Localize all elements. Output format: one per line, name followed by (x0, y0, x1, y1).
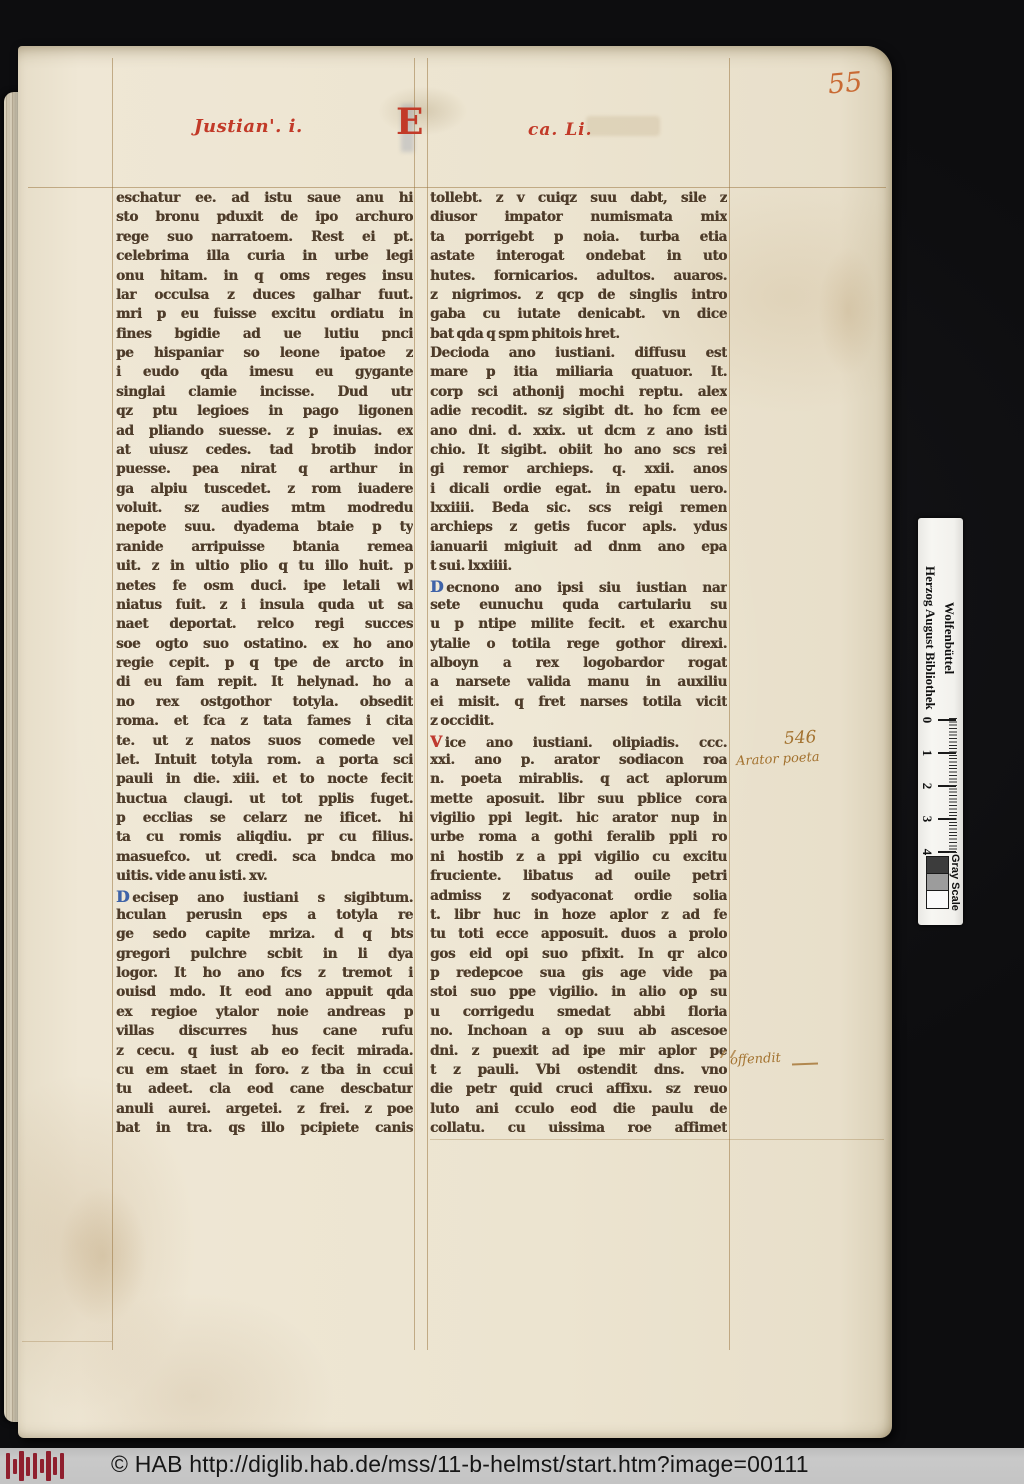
text-line: sto bronu pduxit de ipo archuro (116, 208, 413, 227)
ruler-number: 3 (919, 812, 935, 826)
text-line: regie cepit. p q tpe de arcto in (116, 654, 413, 673)
caption-text: © HAB http://diglib.hab.de/mss/11-b-helm… (111, 1451, 809, 1478)
text-line: fruciente. libatus ad ouile petri (430, 867, 727, 886)
logo-bar (26, 1457, 30, 1476)
text-line: onu hitam. in q oms reges insu (116, 267, 413, 286)
ruling-line-vertical (414, 58, 415, 1350)
ruler-number: 2 (919, 779, 935, 793)
text-line: fines bgidie ad ue lutiu pnci (116, 325, 413, 344)
ruler-number: 0 (919, 713, 935, 727)
text-line: ianuarii migiuit ad dnm ano epa (430, 538, 727, 557)
text-line: chio. It sigibt. obiit ho ano scs rei (430, 441, 727, 460)
logo-bar (46, 1451, 50, 1481)
text-line: puesse. pea nirat q arthur in (116, 460, 413, 479)
text-column-right: tollebt. z v cuiqz suu dabt, sile zdiuso… (430, 189, 727, 1138)
text-line: anuli aurei. argetei. z frei. z poe (116, 1100, 413, 1119)
text-line: xxi. ano p. arator sodiacon roa (430, 751, 727, 770)
text-line: di eu fam repit. It helynad. ho a (116, 673, 413, 692)
gray-scale-label: Gray Scale (949, 854, 961, 924)
text-line: villas discurres hus cane rufu (116, 1022, 413, 1041)
institution-line1: Herzog August Bibliothek (923, 566, 938, 710)
text-line: masuefco. ut credi. sca bndca mo (116, 848, 413, 867)
ruling-line-vertical (112, 58, 113, 1350)
text-line: pauli in die. xiii. et to nocte fecit (116, 770, 413, 789)
text-line: ouisd mdo. It eod ano appuit qda (116, 983, 413, 1002)
text-line: mri p eu fuisse excitu ordiatu in (116, 305, 413, 324)
text-line: diusor impator numismata mix (430, 208, 727, 227)
text-line: t. libr huc in hoze aplor z ad fe (430, 906, 727, 925)
text-line: n. poeta mirablis. q act aplorum (430, 770, 727, 789)
text-line: qz ptu legioes in pago ligonen (116, 402, 413, 421)
text-line: hculan perusin eps a totyla re (116, 906, 413, 925)
text-line: urbe roma a gothi feralib ppli ro (430, 828, 727, 847)
text-line: gregori pulchre scbit in li dya (116, 945, 413, 964)
text-line: ei misit. q fret narses totila vicit (430, 693, 727, 712)
hab-logo (6, 1450, 64, 1482)
text-line: luto ani cculo eod die paulu de (430, 1100, 727, 1119)
caption-bar: © HAB http://diglib.hab.de/mss/11-b-helm… (0, 1448, 1024, 1484)
text-line: roma. et fca z tata fames i cita (116, 712, 413, 731)
text-line: i dicali ordie egat. in epatu uero. (430, 480, 727, 499)
logo-bar (53, 1457, 57, 1475)
text-line: z occidit. (430, 712, 727, 731)
text-line: admiss z sodyaconat ordie solia (430, 887, 727, 906)
text-line: Decnono ano ipsi siu iustian nar (430, 577, 727, 596)
logo-bar (40, 1459, 44, 1473)
text-line: alboyn a rex logobardor rogat (430, 654, 727, 673)
gray-scale-swatch (926, 890, 949, 909)
text-line: Decisep ano iustiani s sigibtum. (116, 887, 413, 906)
text-column-left: eschatur ee. ad istu saue anu histo bron… (116, 189, 413, 1138)
paragraph-initial: V (430, 732, 445, 751)
text-line: celebrima illa curia in urbe legi (116, 247, 413, 266)
text-line: lxxiiii. Beda sic. scs reigi remen (430, 499, 727, 518)
text-line: tu adeet. cla eod cane descbatur (116, 1080, 413, 1099)
institution-line2: Wolfenbüttel (942, 602, 957, 674)
running-header-initial: E (396, 104, 423, 140)
text-line: mare p itia miliaria quatuor. It. (430, 363, 727, 382)
text-line: lar occulsa z duces galhar fuut. (116, 286, 413, 305)
text-line: collatu. cu uissima roe affimet (430, 1119, 727, 1138)
text-line: ranide arripuisse btania remea (116, 538, 413, 557)
text-line: ta cu romis aliqdiu. pr cu filius. (116, 828, 413, 847)
margin-note-year: 546 (783, 727, 816, 749)
text-line: ad pliando suesse. z p inuias. ex (116, 422, 413, 441)
parchment-stain (818, 246, 878, 376)
text-line: Decioda ano iustiani. diffusu est (430, 344, 727, 363)
text-line: gos eid opi suo pfixit. In qr alco (430, 945, 727, 964)
text-line: sete eunuchu quda cartulariu su (430, 596, 727, 615)
text-line: rege suo narratoem. Rest ei pt. (116, 228, 413, 247)
text-line: no. Inchoan a op suu ab ascesoe (430, 1022, 727, 1041)
text-line: z nigrimos. z qcp de singlis intro (430, 286, 727, 305)
digitized-manuscript-photo: Justian'. i. E ca. Li. 55 eschatur ee. a… (0, 0, 1024, 1484)
parchment-stain (58, 1186, 148, 1326)
text-line: mette aposuit. libr suu pblice cora (430, 790, 727, 809)
text-line: voluit. sz audies mtm modredu (116, 499, 413, 518)
text-line: astate interogat ondebat in uto (430, 247, 727, 266)
calibration-strip: Herzog August Bibliothek Wolfenbüttel 01… (918, 518, 963, 925)
text-line: uit. z in ultio plio q tu illo huit. p (116, 557, 413, 576)
text-line: bat in tra. qs illo pcipiete canis (116, 1119, 413, 1138)
text-line: soe ogto suo ostatino. ex ho ano (116, 635, 413, 654)
ruling-line-horizontal (28, 187, 886, 188)
paragraph-initial: D (430, 577, 446, 596)
logo-bar (33, 1453, 37, 1479)
text-line: gi remor archieps. q. xxii. anos (430, 460, 727, 479)
text-line: die petr quid cruci affixu. sz reuo (430, 1080, 727, 1099)
text-line: adie recodit. sz sigibt dt. ho fcm ee (430, 402, 727, 421)
text-line: ano dni. d. xxix. ut dcm z ano isti (430, 422, 727, 441)
text-line: ytalie o totila rege gothor direxi. (430, 635, 727, 654)
text-line: u corrigedu smedat abbi floria (430, 1003, 727, 1022)
text-line: singlai clamie incisse. Dud utr (116, 383, 413, 402)
mm-tick-comb (949, 718, 957, 854)
ruling-line-vertical (729, 58, 730, 1350)
text-line: stoi suo ppe vigilio. in alio op su (430, 983, 727, 1002)
logo-bar (6, 1453, 10, 1479)
running-header-left: Justian'. i. (194, 116, 303, 137)
text-line: cu em staet in foro. z tba in ccui (116, 1061, 413, 1080)
text-line: niatus fuit. z i insula quda ut sa (116, 596, 413, 615)
folio-number: 55 (827, 67, 864, 101)
logo-bar (60, 1453, 64, 1479)
logo-bar (19, 1451, 23, 1481)
paragraph-initial: D (116, 887, 132, 906)
logo-bar (13, 1459, 17, 1474)
text-line: tollebt. z v cuiqz suu dabt, sile z (430, 189, 727, 208)
text-line: z cecu. q iust ab eo fecit mirada. (116, 1042, 413, 1061)
text-line: logor. It ho ano fcs z tremot i (116, 964, 413, 983)
text-line: t sui. lxxiiii. (430, 557, 727, 576)
text-line: naet deportat. relco regi succes (116, 615, 413, 634)
text-line: a narsete valida manu in auxiliu (430, 673, 727, 692)
text-line: netes fe osm duci. ipe letali wl (116, 577, 413, 596)
text-line: te. ut z natos suos comede vel (116, 732, 413, 751)
text-line: ni hostib z a ppi vigilio cu excitu (430, 848, 727, 867)
text-line: tu toti ecce apposuit. duos a prolo (430, 925, 727, 944)
text-line: eschatur ee. ad istu saue anu hi (116, 189, 413, 208)
text-line: gaba cu iutate denicabt. vn dice (430, 305, 727, 324)
text-line: no rex ostgothor totyla. obsedit (116, 693, 413, 712)
ruling-line-horizontal (22, 1341, 112, 1342)
text-line: p ecclias se celarz ne ificet. hi (116, 809, 413, 828)
text-line: uitis. vide anu isti. xv. (116, 867, 413, 886)
text-line: corp sci athonij mochi reptu. alex (430, 383, 727, 402)
text-line: u p ntipe milite fecit. et exarchu (430, 615, 727, 634)
text-line: let. Intuit totyla rom. a porta sci (116, 751, 413, 770)
text-line: vigilio ppi legit. hic arator nup in (430, 809, 727, 828)
text-line: ge sedo capite mriza. d q bts (116, 925, 413, 944)
text-line: i eudo qda imesu eu gygante (116, 363, 413, 382)
text-line: bat qda q spm phitois hret. (430, 325, 727, 344)
text-line: archieps z getis fucor apls. ydus (430, 518, 727, 537)
text-line: pe hispaniar so leone ipatoe z (116, 344, 413, 363)
text-line: ga alpiu tuscedet. z rom iuadere (116, 480, 413, 499)
running-header-right: ca. Li. (528, 120, 593, 140)
institution-label: Herzog August Bibliothek Wolfenbüttel (921, 540, 961, 736)
text-line: huctua claugi. ut tot pplis fuget. (116, 790, 413, 809)
text-line: at uiusz cedes. tad brotib indor (116, 441, 413, 460)
show-through-ghost (586, 116, 660, 136)
ruling-line-vertical (427, 58, 428, 1350)
text-line: p redepcoe sua gis age vide pa (430, 964, 727, 983)
text-line: nepote suu. dyadema btaie p ty (116, 518, 413, 537)
text-line: Vice ano iustiani. olipiadis. ccc. (430, 732, 727, 751)
ruling-line-horizontal (430, 1139, 884, 1140)
ruler-number: 1 (919, 746, 935, 760)
text-line: dni. z puexit ad ipe mir aplor pe (430, 1042, 727, 1061)
text-line: ex regioe ytalor noie andreas p (116, 1003, 413, 1022)
text-line: hutes. fornicarios. adultos. auaros. (430, 267, 727, 286)
margin-note-offendit: offendit (730, 1051, 782, 1069)
text-line: t z pauli. Vbi ostendit dns. vno (430, 1061, 727, 1080)
text-line: ta porrigebt p noia. turba etia (430, 228, 727, 247)
